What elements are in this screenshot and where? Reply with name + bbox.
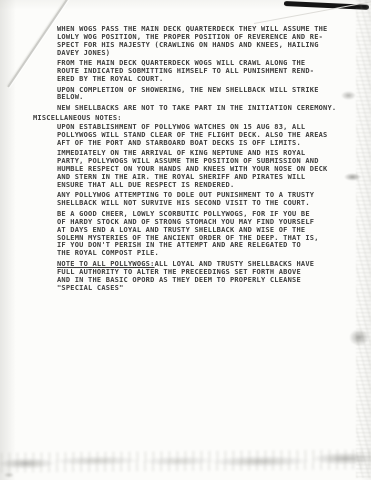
smudge-mark	[349, 329, 369, 346]
paragraph-showering: UPON COMPLETION OF SHOWERING, THE NEW SH…	[57, 87, 349, 103]
page-edge-crease-top-right	[254, 1, 371, 24]
paragraph-wog-position: WHEN WOGS PASS THE MAIN DECK QUARTERDECK…	[57, 26, 349, 58]
paragraph-crawl-route: FROM THE MAIN DECK QUARTERDECK WOGS WILL…	[57, 60, 349, 84]
scanned-document-page: WHEN WOGS PASS THE MAIN DECK QUARTERDECK…	[0, 0, 371, 480]
paragraph-new-shellbacks: NEW SHELLBACKS ARE NOT TO TAKE PART IN T…	[57, 105, 349, 113]
paragraph-king-neptune-arrival: IMMEDIATELY ON THE ARRIVAL OF KING NEPTU…	[57, 150, 349, 190]
paragraph-pollywog-watches: UPON ESTABLISHMENT OF POLLYWOG WATCHES O…	[57, 124, 349, 148]
paragraph-punishment-warning: ANY POLLYWOG ATTEMPTING TO DOLE OUT PUNI…	[57, 192, 349, 208]
scan-noise-bottom-band	[0, 449, 371, 472]
paragraph-good-cheer: BE A GOOD CHEER, LOWLY SCORBUTIC POLLYWO…	[57, 211, 349, 258]
scan-noise-right-margin	[356, 0, 371, 478]
smudge-mark	[4, 472, 14, 478]
paragraph-note-to-pollywogs: NOTE TO ALL POLLYWOGS:ALL LOYAL AND TRUS…	[57, 261, 349, 293]
note-lead-underlined: NOTE TO ALL POLLYWOGS:	[57, 260, 155, 268]
typewritten-text-block: WHEN WOGS PASS THE MAIN DECK QUARTERDECK…	[57, 26, 349, 295]
black-edge-mark-top-right	[284, 1, 369, 10]
